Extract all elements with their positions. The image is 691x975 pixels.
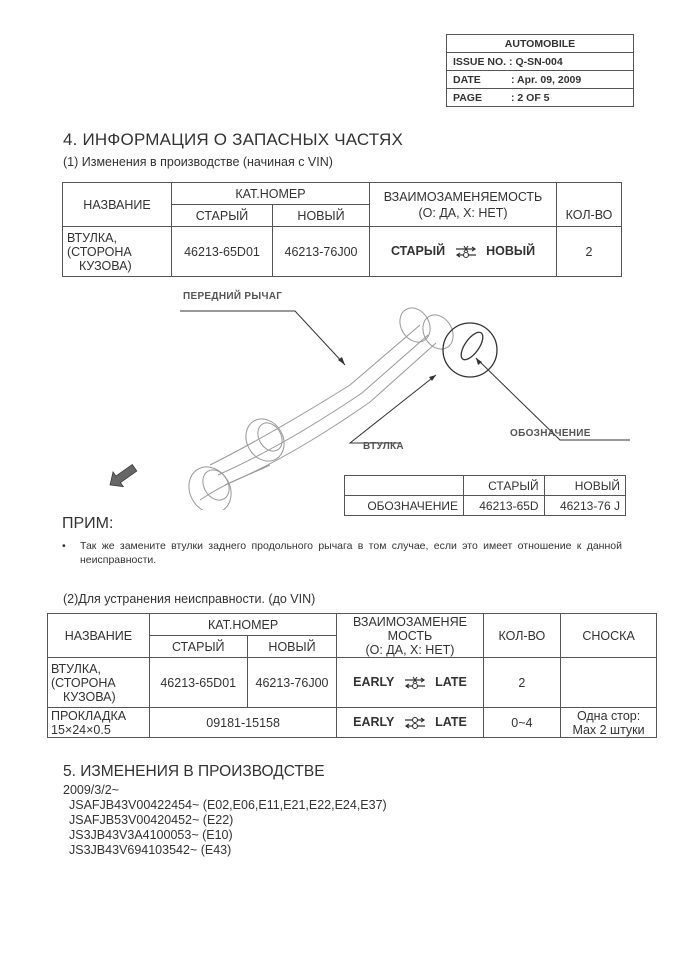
col-old: СТАРЫЙ bbox=[149, 636, 247, 658]
list-item: JS3JB43V3A4100053~ (E10) bbox=[63, 828, 387, 843]
repair-parts-table: НАЗВАНИЕ КАТ.НОМЕР ВЗАИМОЗАМЕНЯЕ МОСТЬ (… bbox=[47, 613, 657, 738]
table-row: ПРОКЛАДКА 15×24×0.5 09181-15158 EARLY LA… bbox=[48, 708, 657, 738]
col-note: СНОСКА bbox=[561, 614, 657, 658]
document-header-box: AUTOMOBILE ISSUE NO. : Q-SN-004 DATE: Ap… bbox=[446, 34, 634, 107]
row-label: ОБОЗНАЧЕНИЕ bbox=[345, 496, 464, 516]
part-name: ВТУЛКА, (СТОРОНА КУЗОВА) bbox=[48, 658, 150, 708]
interchangeability: EARLY LATE bbox=[337, 708, 483, 738]
section-5-title: 5. ИЗМЕНЕНИЯ В ПРОИЗВОДСТВЕ bbox=[63, 763, 325, 781]
col-name: НАЗВАНИЕ bbox=[63, 183, 172, 227]
col-part-no: КАТ.НОМЕР bbox=[149, 614, 337, 636]
production-change-list: 2009/3/2~ JSAFJB43V00422454~ (E02,E06,E1… bbox=[63, 783, 387, 858]
col-old: СТАРЫЙ bbox=[172, 205, 273, 227]
col-name: НАЗВАНИЕ bbox=[48, 614, 150, 658]
col-qty: КОЛ-ВО bbox=[483, 614, 561, 658]
issue-number: ISSUE NO. : Q-SN-004 bbox=[447, 53, 634, 71]
new-part-no: 46213-76J00 bbox=[247, 658, 337, 708]
marking-table: СТАРЫЙ НОВЫЙ ОБОЗНАЧЕНИЕ 46213-65D 46213… bbox=[344, 475, 626, 516]
fwd-arrow-icon bbox=[105, 460, 140, 492]
label-bushing: ВТУЛКА bbox=[363, 441, 404, 452]
one-way-interchange-icon bbox=[455, 245, 477, 259]
old-marking: 46213-65D bbox=[464, 496, 545, 516]
col-old: СТАРЫЙ bbox=[464, 476, 545, 496]
parts-change-table: НАЗВАНИЕ КАТ.НОМЕР ВЗАИМОЗАМЕНЯЕМОСТЬ (О… bbox=[62, 182, 622, 277]
note-title: ПРИМ: bbox=[62, 515, 113, 533]
page-number: PAGE: 2 OF 5 bbox=[447, 89, 634, 107]
footnote bbox=[561, 658, 657, 708]
section-4-title: 4. ИНФОРМАЦИЯ О ЗАПАСНЫХ ЧАСТЯХ bbox=[63, 130, 403, 150]
old-part-no: 46213-65D01 bbox=[172, 227, 273, 277]
one-way-interchange-icon bbox=[404, 676, 426, 690]
change-date: 2009/3/2~ bbox=[63, 783, 387, 798]
col-new: НОВЫЙ bbox=[273, 205, 370, 227]
col-new: НОВЫЙ bbox=[544, 476, 625, 496]
interchangeability: EARLY LATE bbox=[337, 658, 483, 708]
part-no: 09181-15158 bbox=[149, 708, 337, 738]
old-part-no: 46213-65D01 bbox=[149, 658, 247, 708]
list-item: JSAFJB43V00422454~ (E02,E06,E11,E21,E22,… bbox=[63, 798, 387, 813]
quantity: 2 bbox=[557, 227, 622, 277]
col-interchange: ВЗАИМОЗАМЕНЯЕ МОСТЬ (О: ДА, Х: НЕТ) bbox=[337, 614, 483, 658]
quantity: 2 bbox=[483, 658, 561, 708]
two-way-interchange-icon bbox=[404, 716, 426, 730]
new-part-no: 46213-76J00 bbox=[273, 227, 370, 277]
header-title: AUTOMOBILE bbox=[447, 35, 634, 53]
table-row: ВТУЛКА, (СТОРОНА КУЗОВА) 46213-65D01 462… bbox=[48, 658, 657, 708]
new-marking: 46213-76 J bbox=[544, 496, 625, 516]
label-front-arm: ПЕРЕДНИЙ РЫЧАГ bbox=[183, 291, 282, 302]
section-4-subtitle-1: (1) Изменения в производстве (начиная с … bbox=[63, 155, 333, 169]
part-name: ВТУЛКА, (СТОРОНА КУЗОВА) bbox=[63, 227, 172, 277]
list-item: JS3JB43V694103542~ (E43) bbox=[63, 843, 387, 858]
col-qty: КОЛ-ВО bbox=[557, 183, 622, 227]
table-row: ВТУЛКА, (СТОРОНА КУЗОВА) 46213-65D01 462… bbox=[63, 227, 622, 277]
footnote: Одна стор: Max 2 штуки bbox=[561, 708, 657, 738]
part-name: ПРОКЛАДКА 15×24×0.5 bbox=[48, 708, 150, 738]
col-new: НОВЫЙ bbox=[247, 636, 337, 658]
col-interchange: ВЗАИМОЗАМЕНЯЕМОСТЬ (О: ДА, Х: НЕТ) bbox=[370, 183, 557, 227]
quantity: 0~4 bbox=[483, 708, 561, 738]
issue-date: DATE: Apr. 09, 2009 bbox=[447, 71, 634, 89]
col-part-no: КАТ.НОМЕР bbox=[172, 183, 370, 205]
interchangeability: СТАРЫЙ НОВЫЙ bbox=[370, 227, 557, 277]
note-text: • Так же замените втулки заднего продоль… bbox=[62, 539, 622, 567]
list-item: JSAFJB53V00420452~ (E22) bbox=[63, 813, 387, 828]
label-marking: ОБОЗНАЧЕНИЕ bbox=[510, 428, 591, 439]
section-4-subtitle-2: (2)Для устранения неисправности. (до VIN… bbox=[63, 592, 315, 606]
